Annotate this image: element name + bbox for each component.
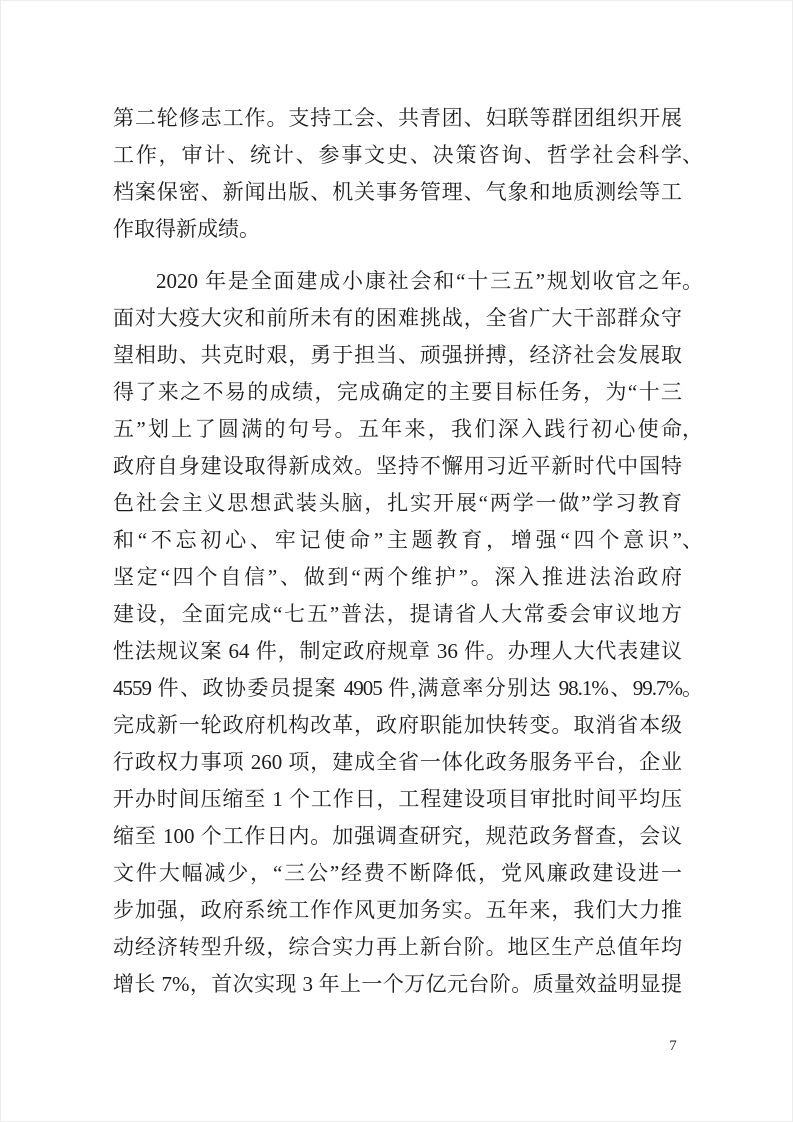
paragraph: 第二轮修志工作。支持工会、共青团、妇联等群团组织开展工作，审计、统计、参事文史、… bbox=[113, 100, 682, 248]
text-line: 4559 件、政协委员提案 4905 件,满意率分别达 98.1%、99.7%。 bbox=[113, 670, 682, 707]
text-line: 第二轮修志工作。支持工会、共青团、妇联等群团组织开展 bbox=[113, 100, 682, 137]
hanging-punctuation: 、 bbox=[682, 522, 703, 559]
hanging-punctuation: ， bbox=[682, 411, 703, 448]
text-line: 动经济转型升级，综合实力再上新台阶。地区生产总值年均 bbox=[113, 929, 682, 966]
text-line: 开办时间压缩至 1 个工作日，工程建设项目审批时间平均压 bbox=[113, 781, 682, 818]
text-line: 工作，审计、统计、参事文史、决策咨询、哲学社会科学、 bbox=[113, 137, 682, 174]
hanging-punctuation: 。 bbox=[682, 263, 703, 300]
text-line: 2020 年是全面建成小康社会和“十三五”规划收官之年。 bbox=[156, 263, 682, 300]
text-line: 望相助、共克时艰，勇于担当、顽强拼搏，经济社会发展取 bbox=[113, 337, 682, 374]
text-line: 得了来之不易的成绩，完成确定的主要目标任务，为“十三 bbox=[113, 374, 682, 411]
text-line: 性法规议案 64 件，制定政府规章 36 件。办理人大代表建议 bbox=[113, 633, 682, 670]
text-line: 档案保密、新闻出版、机关事务管理、气象和地质测绘等工 bbox=[113, 174, 682, 211]
text-line: 坚定“四个自信”、做到“两个维护”。深入推进法治政府 bbox=[113, 559, 682, 596]
paragraph: 2020 年是全面建成小康社会和“十三五”规划收官之年。面对大疫大灾和前所未有的… bbox=[113, 263, 682, 1003]
text-line: 步加强，政府系统工作作风更加务实。五年来，我们大力推 bbox=[113, 892, 682, 929]
hanging-punctuation: 、 bbox=[682, 137, 703, 174]
text-line: 建设，全面完成“七五”普法，提请省人大常委会审议地方 bbox=[113, 596, 682, 633]
text-line: 增长 7%，首次实现 3 年上一个万亿元台阶。质量效益明显提 bbox=[113, 966, 682, 1003]
text-line: 文件大幅减少，“三公”经费不断降低，党风廉政建设进一 bbox=[113, 855, 682, 892]
text-line: 缩至 100 个工作日内。加强调查研究，规范政务督查，会议 bbox=[113, 818, 682, 855]
text-line: 面对大疫大灾和前所未有的困难挑战，全省广大干部群众守 bbox=[113, 300, 682, 337]
text-line: 完成新一轮政府机构改革，政府职能加快转变。取消省本级 bbox=[113, 707, 682, 744]
text-line: 和“不忘初心、牢记使命”主题教育，增强“四个意识”、 bbox=[113, 522, 682, 559]
text-line: 政府自身建设取得新成效。坚持不懈用习近平新时代中国特 bbox=[113, 448, 682, 485]
text-line: 五”划上了圆满的句号。五年来，我们深入践行初心使命， bbox=[113, 411, 682, 448]
text-line: 行政权力事项 260 项，建成全省一体化政务服务平台，企业 bbox=[113, 744, 682, 781]
document-body: 第二轮修志工作。支持工会、共青团、妇联等群团组织开展工作，审计、统计、参事文史、… bbox=[113, 100, 682, 1003]
page-number: 7 bbox=[663, 1036, 683, 1056]
text-line: 作取得新成绩。 bbox=[113, 211, 682, 248]
hanging-punctuation: 。 bbox=[682, 670, 703, 707]
document-page: { "page": { "number": "7", "background":… bbox=[0, 0, 793, 1122]
text-line: 色社会主义思想武装头脑，扎实开展“两学一做”学习教育 bbox=[113, 485, 682, 522]
